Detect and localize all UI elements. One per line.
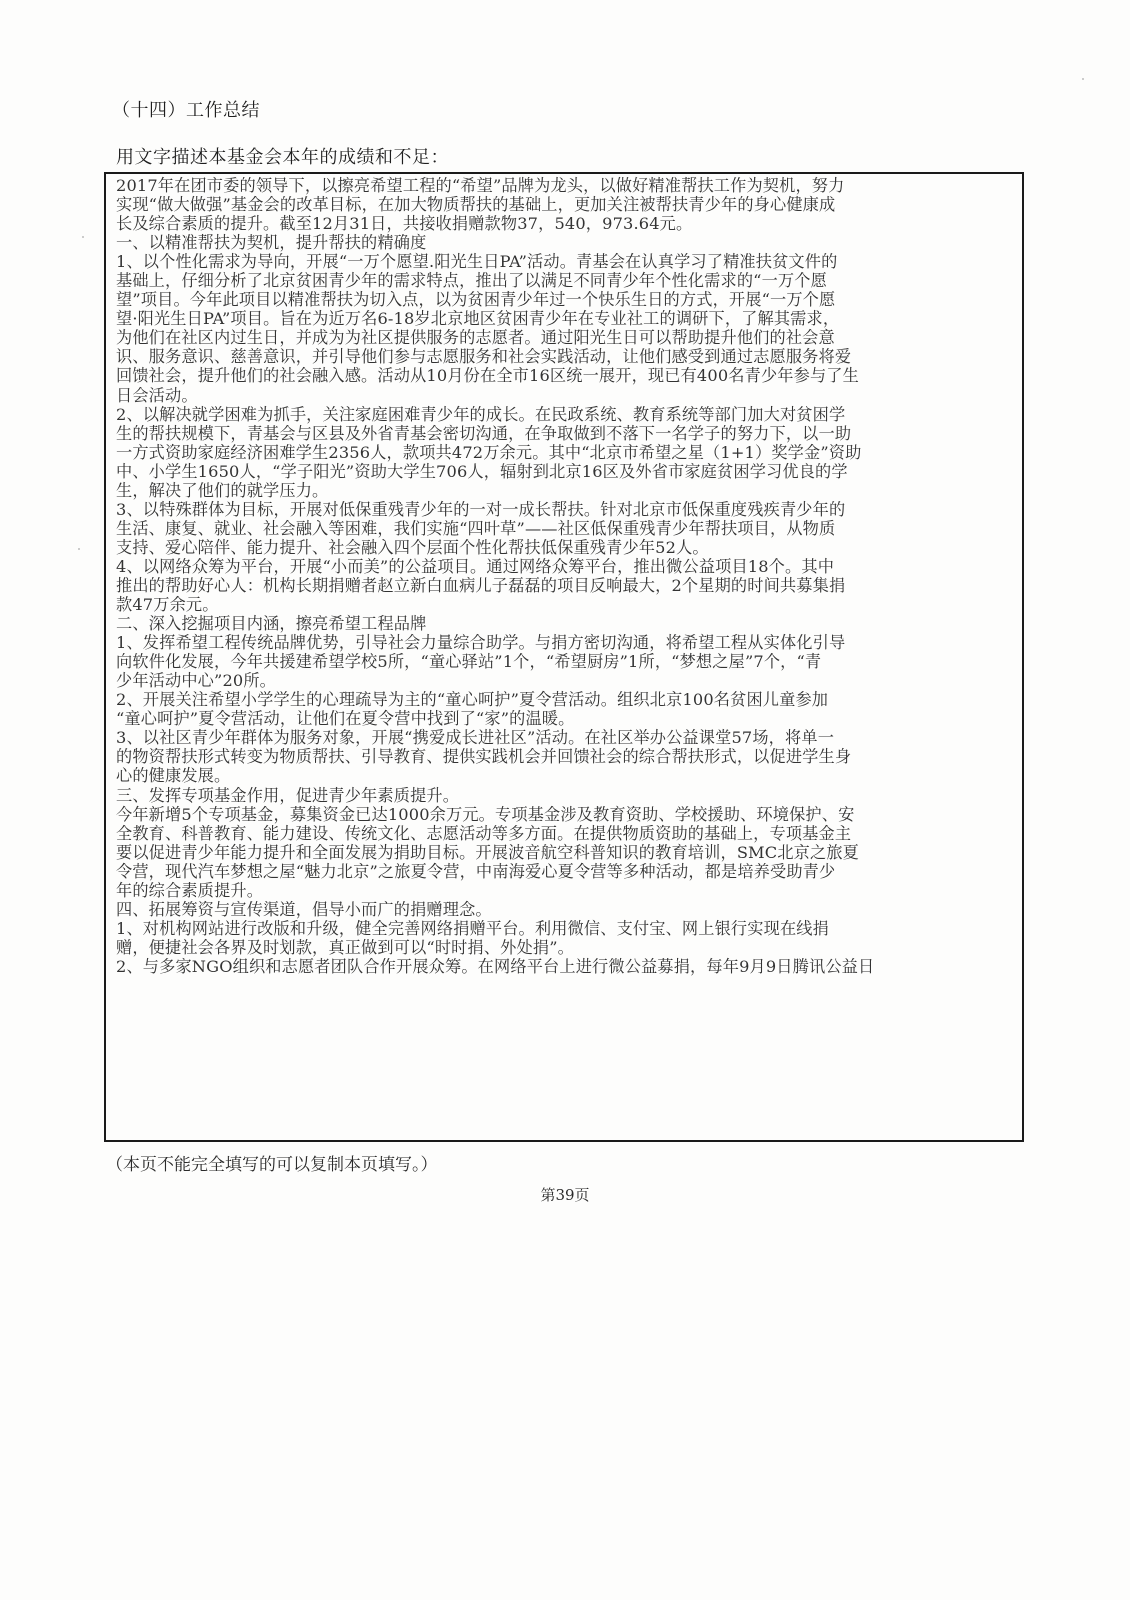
summary-line: 推出的帮助好心人：机构长期捐赠者赵立新白血病儿子磊磊的项目反响最大，2个星期的时… [116, 576, 1012, 595]
summary-line: 的物资帮扶形式转变为物质帮扶、引导教育、提供实践机会并回馈社会的综合帮扶形式，以… [116, 747, 1012, 766]
summary-line: 中、小学生1650人，“学子阳光”资助大学生706人，辐射到北京16区及外省市家… [116, 462, 1012, 481]
section-title: （十四）工作总结 [112, 96, 260, 122]
summary-line: 1、发挥希望工程传统品牌优势，引导社会力量综合助学。与捐方密切沟通，将希望工程从… [116, 633, 1012, 652]
summary-line: 年的综合素质提升。 [116, 881, 1012, 900]
summary-line: “童心呵护”夏令营活动，让他们在夏令营中找到了“家”的温暖。 [116, 709, 1012, 728]
summary-line: 实现“做大做强”基金会的改革目标，在加大物质帮扶的基础上，更加关注被帮扶青少年的… [116, 195, 1012, 214]
summary-heading-2: 二、深入挖掘项目内涵，擦亮希望工程品牌 [116, 614, 1012, 633]
summary-line: 令营，现代汽车梦想之屋“魅力北京”之旅夏令营，中南海爱心夏令营等多种活动，都是培… [116, 862, 1012, 881]
summary-line: 生，解决了他们的就学压力。 [116, 481, 1012, 500]
scan-speck [82, 236, 84, 238]
summary-line: 2017年在团市委的领导下，以擦亮希望工程的“希望”品牌为龙头，以做好精准帮扶工… [116, 176, 1012, 195]
work-summary-box: 2017年在团市委的领导下，以擦亮希望工程的“希望”品牌为龙头，以做好精准帮扶工… [104, 172, 1024, 1142]
work-summary-text: 2017年在团市委的领导下，以擦亮希望工程的“希望”品牌为龙头，以做好精准帮扶工… [106, 174, 1022, 976]
summary-line: 生活、康复、就业、社会融入等困难，我们实施“四叶草”——社区低保重残青少年帮扶项… [116, 519, 1012, 538]
summary-line: 赠，便捷社会各界及时划款，真正做到可以“时时捐、外处捐”。 [116, 938, 1012, 957]
summary-line: 支持、爱心陪伴、能力提升、社会融入四个层面个性化帮扶低保重残青少年52人。 [116, 538, 1012, 557]
summary-line: 2、与多家NGO组织和志愿者团队合作开展众筹。在网络平台上进行微公益募捐，每年9… [116, 957, 1012, 976]
summary-line: 望·阳光生日PA”项目。旨在为近万名6-18岁北京地区贫困青少年在专业社工的调研… [116, 309, 1012, 328]
summary-line: 生的帮扶规模下，青基会与区县及外省青基会密切沟通，在争取做到不落下一名学子的努力… [116, 424, 1012, 443]
summary-heading-3: 三、发挥专项基金作用，促进青少年素质提升。 [116, 786, 1012, 805]
summary-line: 回馈社会，提升他们的社会融入感。活动从10月份在全市16区统一展开，现已有400… [116, 366, 1012, 385]
summary-line: 2、开展关注希望小学学生的心理疏导为主的“童心呵护”夏令营活动。组织北京100名… [116, 690, 1012, 709]
summary-heading-1: 一、以精准帮扶为契机，提升帮扶的精确度 [116, 233, 1012, 252]
summary-line: 全教育、科普教育、能力建设、传统文化、志愿活动等多方面。在提供物质资助的基础上，… [116, 824, 1012, 843]
footnote: （本页不能完全填写的可以复制本页填写。） [106, 1150, 438, 1175]
summary-line: 一方式资助家庭经济困难学生2356人，款项共472万余元。其中“北京市希望之星（… [116, 443, 1012, 462]
summary-line: 向软件化发展，今年共援建希望学校5所，“童心驿站”1个，“希望厨房”1所，“梦想… [116, 652, 1012, 671]
summary-heading-4: 四、拓展筹资与宣传渠道，倡导小而广的捐赠理念。 [116, 900, 1012, 919]
scan-speck [1082, 78, 1084, 80]
page-number: 第39页 [0, 1184, 1130, 1205]
summary-line: 3、以社区青少年群体为服务对象，开展“携爱成长进社区”活动。在社区举办公益课堂5… [116, 728, 1012, 747]
summary-line: 少年活动中心”20所。 [116, 671, 1012, 690]
prompt-label: 用文字描述本基金会本年的成绩和不足： [116, 143, 449, 169]
summary-line: 款47万余元。 [116, 595, 1012, 614]
summary-line: 今年新增5个专项基金，募集资金已达1000余万元。专项基金涉及教育资助、学校援助… [116, 805, 1012, 824]
summary-line: 4、以网络众筹为平台，开展“小而美”的公益项目。通过网络众筹平台，推出微公益项目… [116, 557, 1012, 576]
summary-line: 2、以解决就学困难为抓手，关注家庭困难青少年的成长。在民政系统、教育系统等部门加… [116, 405, 1012, 424]
summary-line: 日会活动。 [116, 386, 1012, 405]
summary-line: 识、服务意识、慈善意识，并引导他们参与志愿服务和社会实践活动，让他们感受到通过志… [116, 347, 1012, 366]
scan-speck [78, 548, 80, 550]
summary-line: 1、以个性化需求为导向，开展“一万个愿望.阳光生日PA”活动。青基会在认真学习了… [116, 252, 1012, 271]
summary-line: 长及综合素质的提升。截至12月31日，共接收捐赠款物37，540，973.64元… [116, 214, 1012, 233]
summary-line: 为他们在社区内过生日，并成为为社区提供服务的志愿者。通过阳光生日可以帮助提升他们… [116, 328, 1012, 347]
summary-line: 基础上，仔细分析了北京贫困青少年的需求特点，推出了以满足不同青少年个性化需求的“… [116, 271, 1012, 290]
summary-line: 要以促进青少年能力提升和全面发展为捐助目标。开展波音航空科普知识的教育培训，SM… [116, 843, 1012, 862]
summary-line: 望”项目。今年此项目以精准帮扶为切入点，以为贫困青少年过一个快乐生日的方式，开展… [116, 290, 1012, 309]
summary-line: 3、以特殊群体为目标，开展对低保重残青少年的一对一成长帮扶。针对北京市低保重度残… [116, 500, 1012, 519]
summary-line: 1、对机构网站进行改版和升级，健全完善网络捐赠平台。利用微信、支付宝、网上银行实… [116, 919, 1012, 938]
summary-line: 心的健康发展。 [116, 766, 1012, 785]
